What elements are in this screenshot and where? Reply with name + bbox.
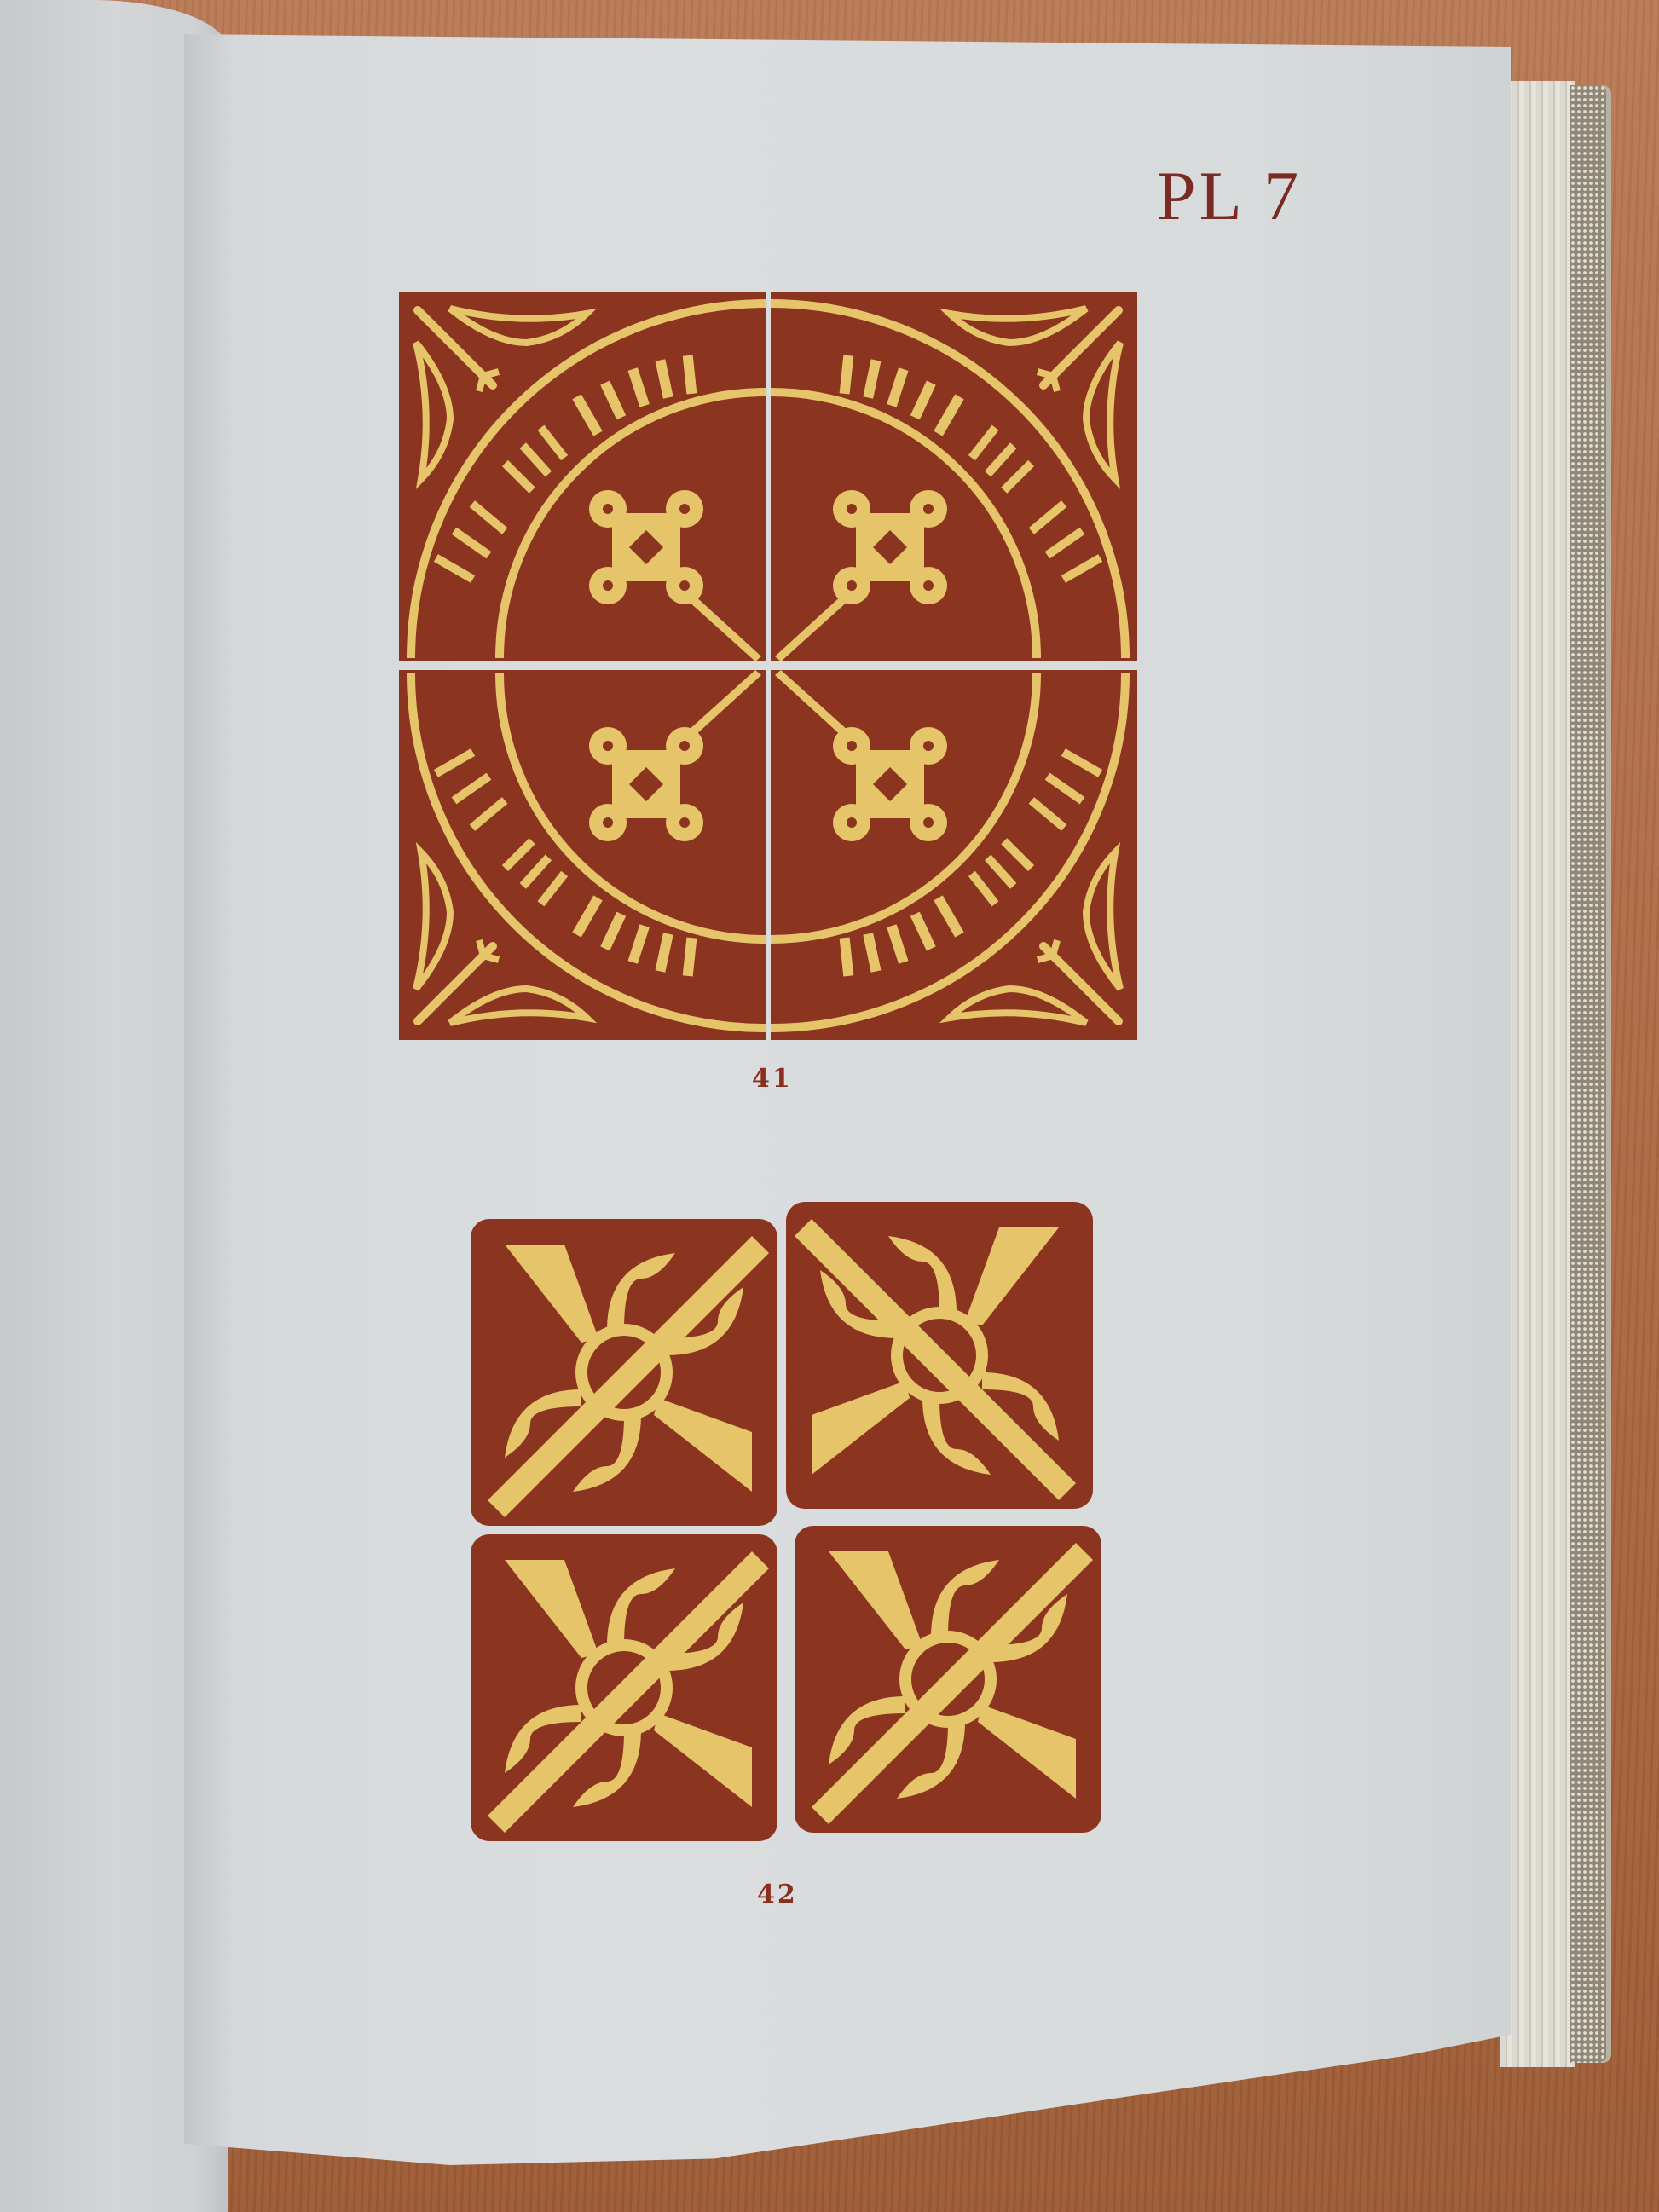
tile-41-top-right	[771, 292, 1137, 661]
figure-number-42: 42	[757, 1880, 798, 1909]
tile-42-top-left	[471, 1219, 777, 1526]
cloth-binding	[1570, 85, 1606, 2063]
page-block-edge	[1500, 81, 1575, 2067]
tile-42-bottom-left	[471, 1534, 777, 1841]
figure-41-illustration	[399, 292, 1137, 1040]
tile-41-top-left	[399, 292, 766, 661]
tile-41-bottom-left	[399, 670, 766, 1040]
figure-42-tile-set	[471, 1202, 1101, 1850]
tile-41-bottom-right	[771, 670, 1137, 1040]
figure-42-illustration	[471, 1202, 1101, 1850]
figure-41-tile-set	[399, 292, 1137, 1040]
tile-42-bottom-right	[795, 1526, 1101, 1833]
plate-label: PL 7	[1157, 156, 1302, 236]
figure-number-41: 41	[752, 1064, 793, 1094]
tile-42-top-right	[786, 1202, 1093, 1509]
